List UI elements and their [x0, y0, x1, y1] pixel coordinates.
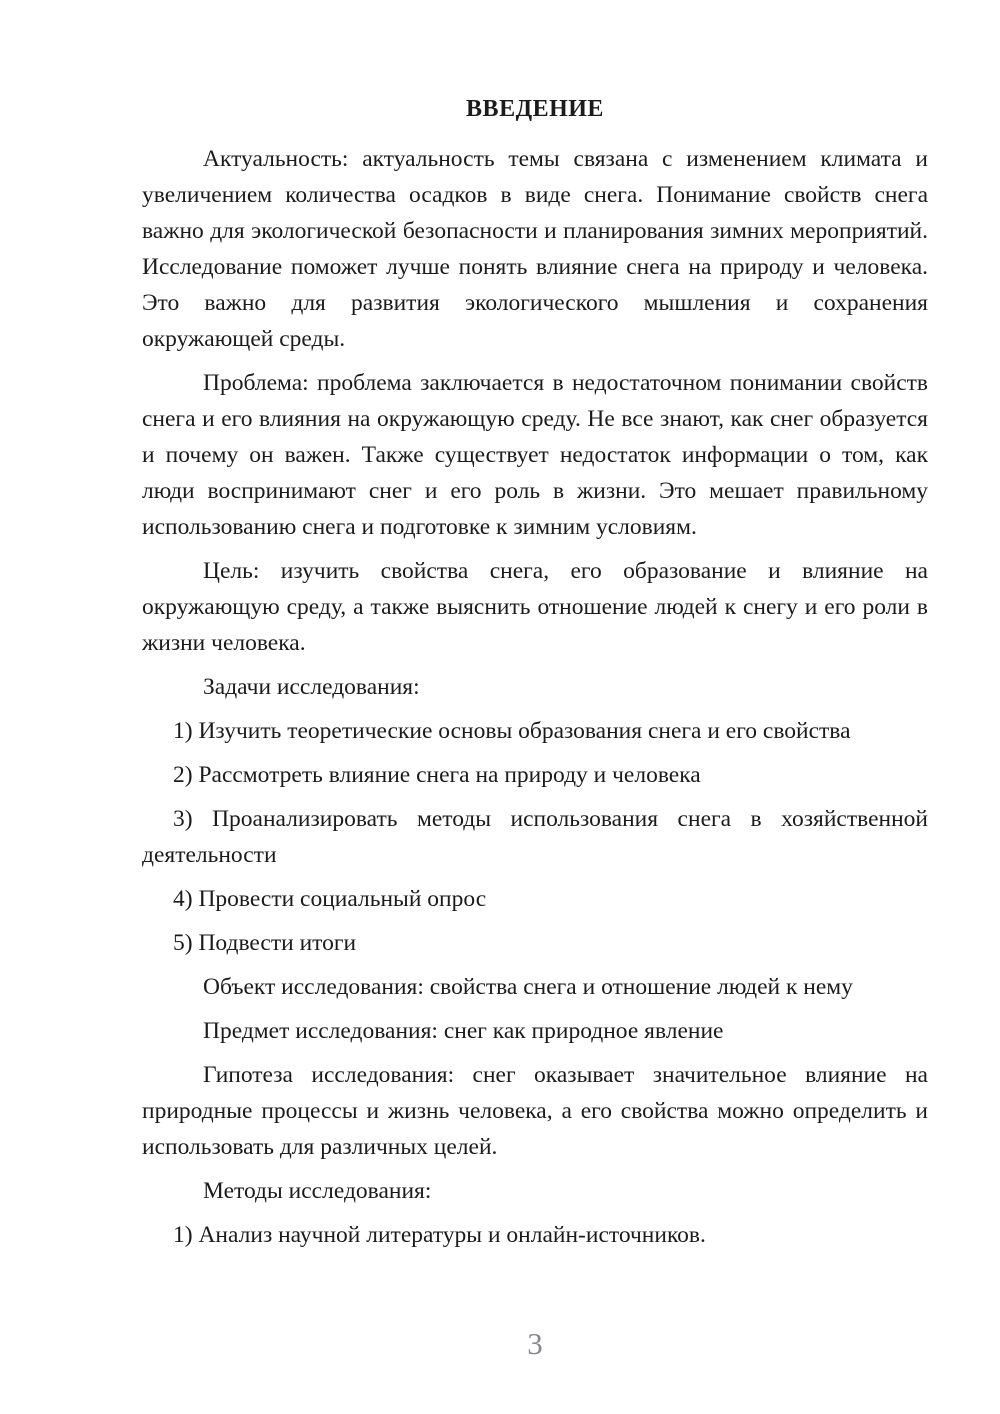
paragraph: Актуальность: актуальность темы связана … — [142, 141, 928, 357]
page-title: ВВЕДЕНИЕ — [142, 95, 928, 123]
paragraph: Объект исследования: свойства снега и от… — [142, 969, 928, 1005]
numbered-list-item: 4) Провести социальный опрос — [142, 881, 928, 917]
numbered-list-item: 2) Рассмотреть влияние снега на природу … — [142, 757, 928, 793]
numbered-list-item: 1) Изучить теоретические основы образова… — [142, 713, 928, 749]
document-page: ВВЕДЕНИЕ Актуальность: актуальность темы… — [0, 0, 1000, 1414]
paragraph: Задачи исследования: — [142, 669, 928, 705]
page-number: 3 — [142, 1326, 928, 1362]
numbered-list-item: 5) Подвести итоги — [142, 925, 928, 961]
document-content: ВВЕДЕНИЕ Актуальность: актуальность темы… — [142, 95, 928, 1261]
numbered-list-item: 1) Анализ научной литературы и онлайн-ис… — [142, 1217, 928, 1253]
paragraph: Предмет исследования: снег как природное… — [142, 1013, 928, 1049]
paragraph: Проблема: проблема заключается в недоста… — [142, 365, 928, 545]
paragraph: Цель: изучить свойства снега, его образо… — [142, 553, 928, 661]
document-body: Актуальность: актуальность темы связана … — [142, 141, 928, 1253]
paragraph: Гипотеза исследования: снег оказывает зн… — [142, 1057, 928, 1165]
numbered-list-item: 3) Проанализировать методы использования… — [142, 801, 928, 873]
paragraph: Методы исследования: — [142, 1173, 928, 1209]
